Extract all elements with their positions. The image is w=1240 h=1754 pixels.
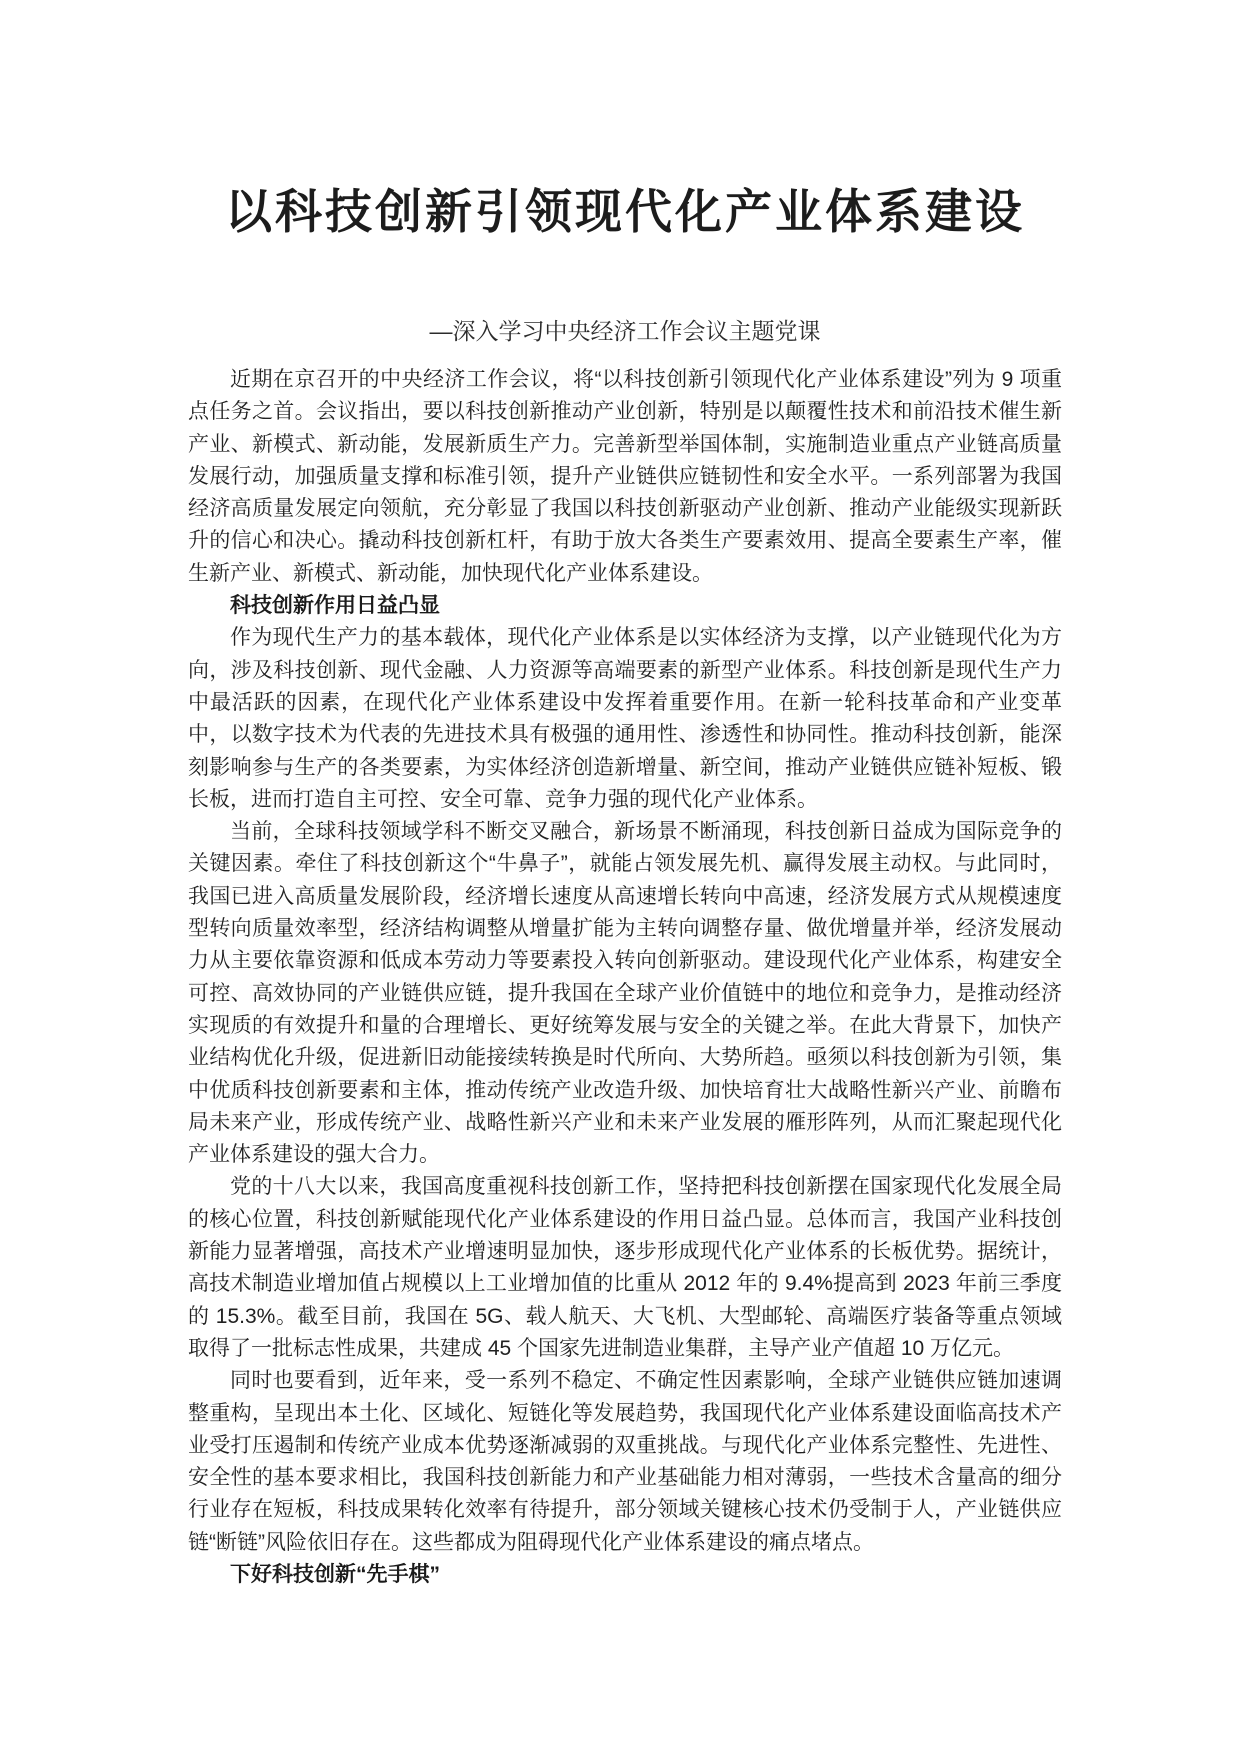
paragraph: 党的十八大以来，我国高度重视科技创新工作，坚持把科技创新摆在国家现代化发展全局的… (188, 1171, 1062, 1365)
paragraph: 同时也要看到，近年来，受一系列不稳定、不确定性因素影响，全球产业链供应链加速调整… (188, 1365, 1062, 1559)
paragraph: 当前，全球科技领域学科不断交叉融合，新场景不断涌现，科技创新日益成为国际竞争的关… (188, 816, 1062, 1171)
document-title: 以科技创新引领现代化产业体系建设 (188, 182, 1062, 241)
paragraph: 近期在京召开的中央经济工作会议，将“以科技创新引领现代化产业体系建设”列为 9 … (188, 364, 1062, 590)
paragraph: 作为现代生产力的基本载体，现代化产业体系是以实体经济为支撑，以产业链现代化为方向… (188, 622, 1062, 816)
article-body: 近期在京召开的中央经济工作会议，将“以科技创新引领现代化产业体系建设”列为 9 … (188, 364, 1062, 1591)
section-heading: 科技创新作用日益凸显 (188, 590, 1062, 622)
section-heading: 下好科技创新“先手棋” (188, 1559, 1062, 1591)
document-subtitle: —深入学习中央经济工作会议主题党课 (188, 315, 1062, 347)
document-page: 以科技创新引领现代化产业体系建设 —深入学习中央经济工作会议主题党课 近期在京召… (0, 0, 1240, 1754)
